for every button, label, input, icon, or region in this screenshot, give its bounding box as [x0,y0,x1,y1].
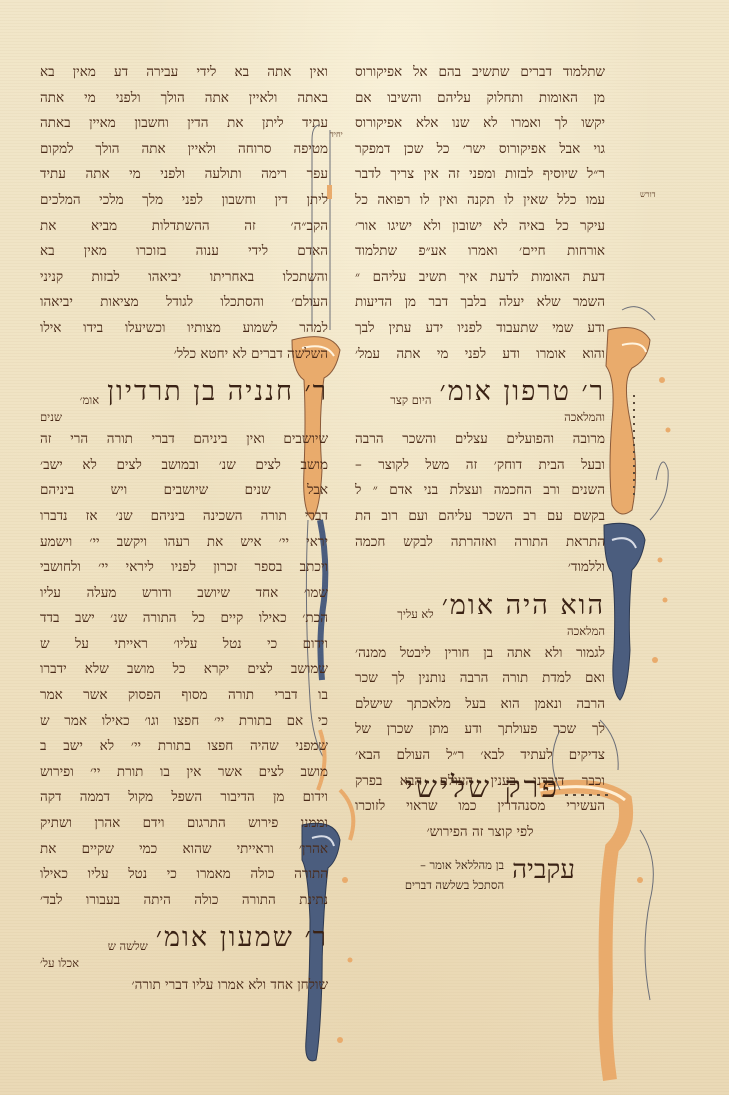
text-line: וללמוד׳ [355,555,605,581]
text-line: שמושב לצים יקרא כל מושב שלא ידברו [40,657,328,683]
text-line: עתיד ליתן את הדין וחשבון מאיין באתה [40,111,328,137]
margin-note: דורש [640,190,656,199]
heading-small-text: לא עליך [397,607,434,621]
text-line: השמר שלא יעלה בלבך דבר מן הדיעות [355,290,605,316]
text-line: שיושבים ואין ביניהם דברי תורה הרי זה [40,427,328,453]
blue-initial-hu-icon [604,523,645,700]
text-line: לפי קוצר זה הפירוש׳ [355,820,605,846]
heading-large-text: הוא היה אומ׳ [442,590,605,621]
text-line: אורחות חיים׳ ואמרו אע״פ שתלמוד [355,239,605,265]
heading-hu-haya: הוא היה אומ׳ לא עליך [355,581,605,621]
text-line: הרבה ונאמן הוא בעל מלאכתך שישלם [355,692,605,718]
text-line: אבל שנים שיושבים ויש ביניהם [40,478,328,504]
chapter-title: פרק שלישי [385,770,580,805]
heading-large-text: ר׳ שמעון אומ׳ [156,922,328,953]
text-line: וידום כי נטל עליו׳ ראייתי על ש [40,632,328,658]
heading-small-text: שלשה ש [108,939,148,953]
text-line: נתינת התורה כולה היתה בעבורו לבד׳ [40,888,328,914]
text-line: השלשה דברים לא יחטא כלל׳ [40,342,328,368]
text-line: והשתכלו באחריתו יביאהו לבזות קניני [40,265,328,291]
text-line: שולחן אחד ולא אמרו עליו דברי תורה׳ [40,973,328,999]
text-line: למהר לשמוע מצותיו וכשיעלו בידו אילו [40,316,328,342]
manuscript-page: דורש יחיד שתלמוד דברים שתשיב בהם אל אפיק… [0,0,729,1095]
heading-shimon: ר׳ שמעון אומ׳ שלשה ש [40,913,328,953]
text-line: עיקר כל באיה לא ישובון ולא ישיגו אור׳ [355,214,605,240]
text-line: וידום מן הדיבור השפל מקול דממה דקה [40,785,328,811]
text-line: מושב לצים שנ׳ ובמושב לצים לא ישב׳ [40,453,328,479]
text-line: וממנו פירוש התרגום וידם אהרן ושתיק [40,811,328,837]
left-column: ואין אתה בא לידי עבירה דע מאין בא באתה ו… [40,60,328,999]
heading-sub-text: המלאכה [355,621,605,641]
text-line: ליתן דין וחשבון לפני מלך מלכי המלכים [40,188,328,214]
heading-small-text: אומ׳ [80,393,99,407]
text-line: גוי אבל אפיקורוס ישר׳ כל שכן דמפקר [355,137,605,163]
text-line: מטיפה סרוחה ולאיין אתה הולך למקום [40,137,328,163]
text-line: באתה ולאיין אתה הולך ולפני מי אתה [40,86,328,112]
text-line: בו דברי תורה מסוף הפסוק אשר אמר [40,683,328,709]
orange-initial-tarfon-icon [606,307,668,520]
heading-large-text: עקביה [512,855,575,885]
akavya-paragraph: עקביה בן מהללאל אומר – הסתכל בשלשה דברים [355,855,575,895]
heading-hanina: ר׳ חנניה בן תרדיון אומ׳ [40,367,328,407]
text-line: שתלמוד דברים שתשיב בהם אל אפיקורוס [355,60,605,86]
heading-tarfon: ר׳ טרפון אומ׳ היום קצר [355,367,605,407]
text-line: ר״ל שיוסיף לבזות ומפני זה אין צריך לדבר [355,162,605,188]
text-line: התורה כולה מאמרו כי נטל עליו כאילו [40,862,328,888]
heading-sub-text: אכלו על׳ [40,953,328,973]
text-line: דעת האומות לדעת איך תשיב עליהם ״ [355,265,605,291]
text-line: לגמור ולא אתה בן חורין ליבטל ממנה׳ [355,641,605,667]
text-line: האדם לידי ענוה בזוכרו מאין בא [40,239,328,265]
text-line: הקב״ה׳ זה ההשתדלות מביא את [40,214,328,240]
text-line: כי אם בתורת יי׳ חפצו וגו׳ כאילו אמר ש [40,709,328,735]
text-line: השנים ורב החכמה ועצלת בני אדם ״ ל [355,478,605,504]
text-line: דברי תורה השכינה ביניהם שנ׳ אז נדברו [40,504,328,530]
text-line: ואם למדת תורה הרבה נותנין לך שכר [355,666,605,692]
heading-small-text: היום קצר [390,393,431,407]
text-line: יקשו לך ואמרו לא שנו אלא אפיקורוס [355,111,605,137]
right-column: שתלמוד דברים שתשיב בהם אל אפיקורוס מן הא… [355,60,605,845]
text-line: ואין אתה בא לידי עבירה דע מאין בא [40,60,328,86]
heading-sub-text: שנים [40,407,328,427]
heading-sub-text: והמלאכה [355,407,605,427]
text-line: שמו׳ אחד שיושב ודורש מעלה עליו [40,581,328,607]
text-line: אהרן׳ וראייתי שהוא כמי שקיים את [40,837,328,863]
text-line: העולם׳ והסתכלו לגודל מציאות יביאהו [40,290,328,316]
text-line: מרובה והפועלים עצלים והשכר הרבה [355,427,605,453]
text-line: יראי יי׳ איש את רעהו ויקשב יי׳ וישמע [40,530,328,556]
text-line: התראת התורה ואזהרתה לבקש חכמה [355,530,605,556]
text-line: בקשם עם רב השכר עליהם ועם רוב הת [355,504,605,530]
heading-large-text: ר׳ טרפון אומ׳ [439,376,605,407]
margin-note: יחיד [330,130,343,139]
text-line: לך שכר פעולתך ודע מתן שכרן של [355,717,605,743]
text-line: עפר רימה ותולעה ולפני מי אתה עתיד [40,162,328,188]
text-line: עמו כלל שאין לו תקנה ואין לו רפואה כל [355,188,605,214]
text-line: שמפני שהיה חפצו בתורת יי׳ לא ישב ב [40,734,328,760]
text-line: צדיקים לעתיד לבא׳ ר״ל העולם הבא׳ [355,743,605,769]
text-line: והוא אומרו ודע לפני מי אתה עמל׳ [355,342,605,368]
text-line: מן האומות ותחלוק עליהם והשיבו אם [355,86,605,112]
text-line: הכת׳ כאילו קיים כל התורה שנ׳ ישב בדד [40,606,328,632]
text-line: ויכתב בספר זכרון לפניו ליראי יי׳ ולחושבי [40,555,328,581]
text-line: מושב לצים אשר אין בו תורת יי׳ ופירוש [40,760,328,786]
heading-large-text: ר׳ חנניה בן תרדיון [107,376,328,407]
text-line: ודע שמי שתעבוד לפניו ידע עתין לבך [355,316,605,342]
text-line: ובעל הבית דוחק׳ זה משל לקוצר – [355,453,605,479]
